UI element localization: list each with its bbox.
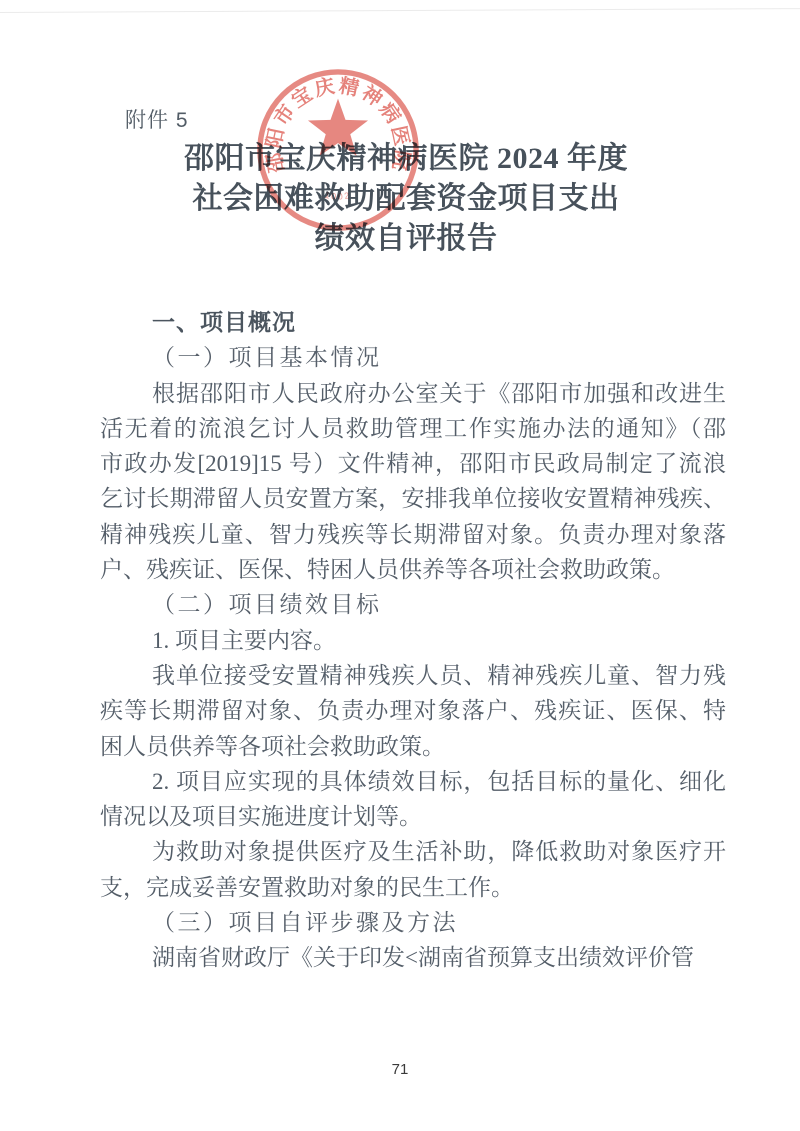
scan-artifact-line <box>0 8 800 13</box>
body-line: 疾等长期滞留对象、负责办理对象落户、残疾证、医保、特 <box>100 693 726 728</box>
body-line: 2. 项目应实现的具体绩效目标，包括目标的量化、细化 <box>100 764 726 799</box>
body-line: 湖南省财政厅《关于印发<湖南省预算支出绩效评价管 <box>100 940 726 975</box>
body-line: 乞讨长期滞留人员安置方案，安排我单位接收安置精神残疾、 <box>100 481 726 516</box>
attachment-label: 附件 5 <box>125 109 189 133</box>
body-line: 一、项目概况 <box>100 305 726 340</box>
body-line: 困人员供养等各项社会救助政策。 <box>100 729 726 764</box>
body-line: 根据邵阳市人民政府办公室关于《邵阳市加强和改进生 <box>100 376 726 411</box>
body-line: 支，完成妥善安置救助对象的民生工作。 <box>100 870 726 905</box>
body-line: 市政办发[2019]15 号）文件精神，邵阳市民政局制定了流浪 <box>100 446 726 481</box>
document-page: 附件 5 邵阳市宝庆精神病医院 2024 年度 社会困难救助配套资金项目支出 绩… <box>0 0 800 1131</box>
body-line: （二）项目绩效目标 <box>100 587 726 622</box>
body-line: （三）项目自评步骤及方法 <box>100 905 726 940</box>
body-line: 情况以及项目实施进度计划等。 <box>100 799 726 834</box>
seal-star-icon <box>308 99 368 156</box>
body-line: 户、残疾证、医保、特困人员供养等各项社会救助政策。 <box>100 552 726 587</box>
body-line: （一）项目基本情况 <box>100 340 726 375</box>
body-line: 1. 项目主要内容。 <box>100 623 726 658</box>
page-number: 71 <box>0 1061 800 1078</box>
body-line: 活无着的流浪乞讨人员救助管理工作实施办法的通知》（邵 <box>100 411 726 446</box>
document-body: 一、项目概况（一）项目基本情况根据邵阳市人民政府办公室关于《邵阳市加强和改进生活… <box>100 305 726 976</box>
body-line: 为救助对象提供医疗及生活补助，降低救助对象医疗开 <box>100 834 726 869</box>
official-seal-stamp: 邵阳市宝庆精神病医院 1002 <box>254 66 422 234</box>
body-line: 精神残疾儿童、智力残疾等长期滞留对象。负责办理对象落 <box>100 517 726 552</box>
body-line: 我单位接受安置精神残疾人员、精神残疾儿童、智力残 <box>100 658 726 693</box>
seal-code-text: 1002 <box>324 190 352 202</box>
